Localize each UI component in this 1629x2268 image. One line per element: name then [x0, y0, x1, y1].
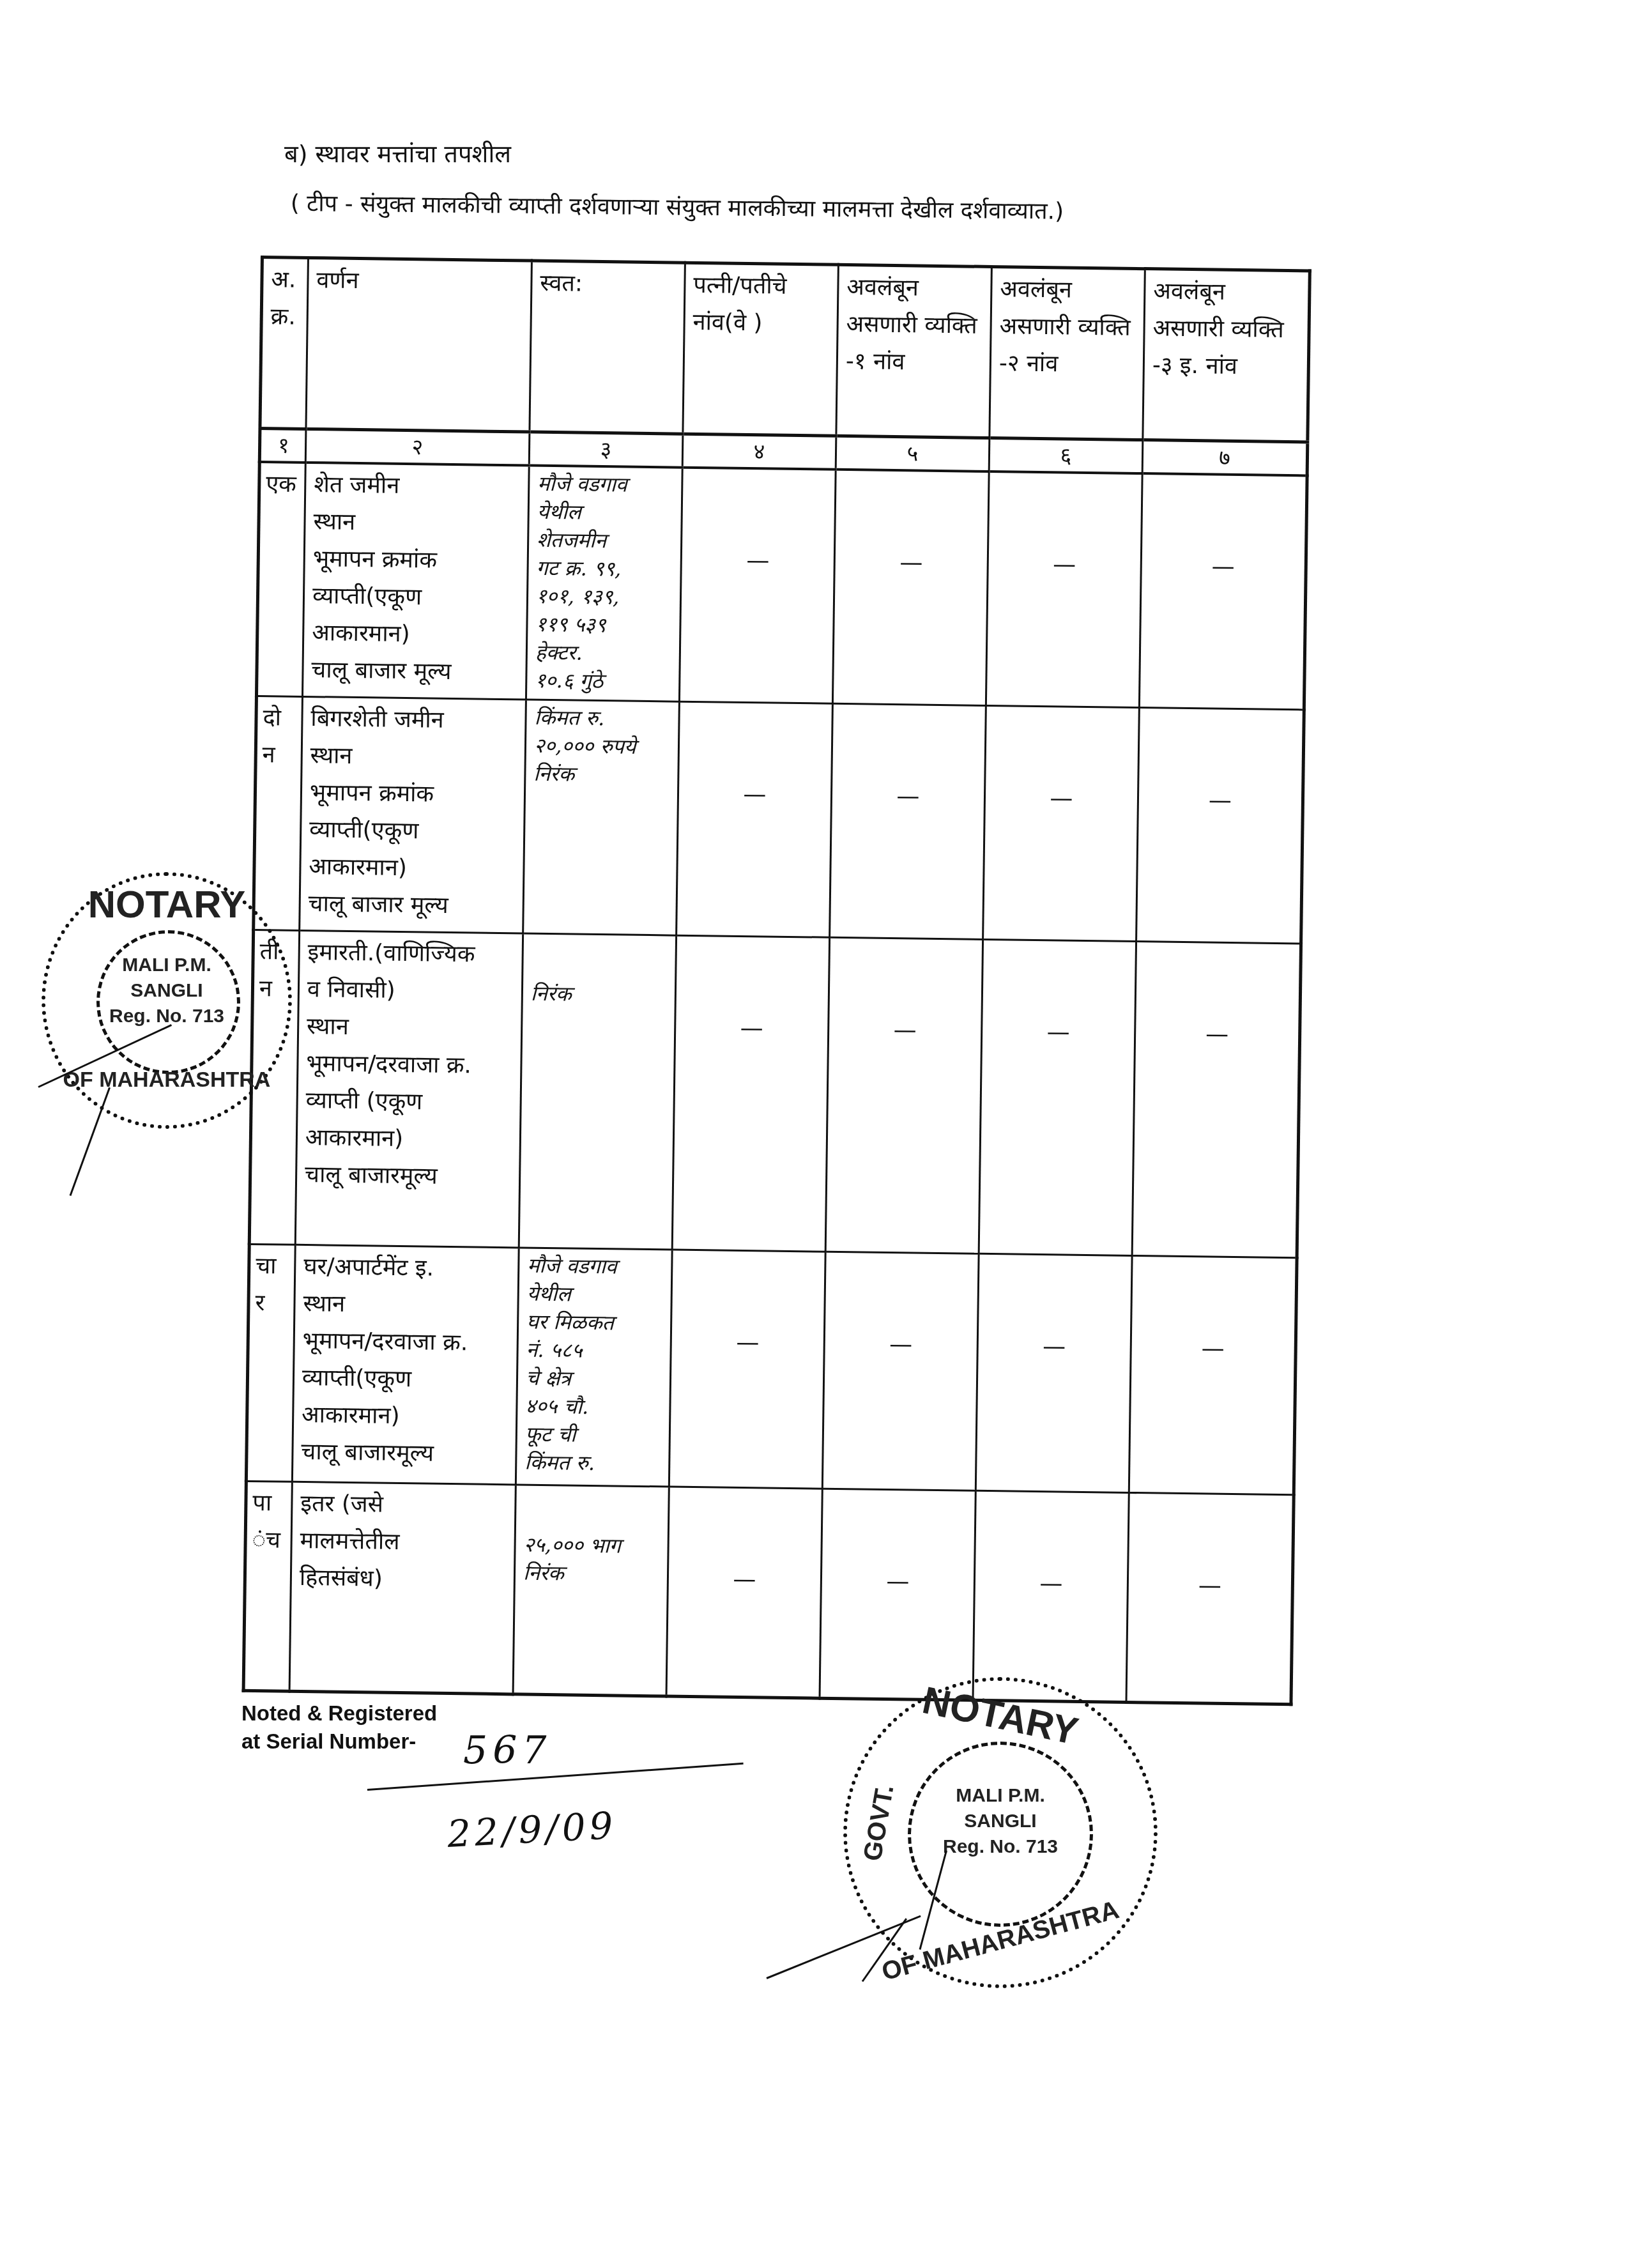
handwritten-line: फूट ची [525, 1420, 662, 1450]
dependent-2-value: — [986, 471, 1142, 708]
dependent-2-value: — [975, 1253, 1132, 1492]
dash-mark: — [837, 1011, 974, 1050]
dash-mark: — [687, 776, 823, 815]
row-description: बिगरशेती जमीनस्थानभूमापन क्रमांकव्याप्ती… [300, 696, 526, 933]
section-heading: ब) स्थावर मत्तांचा तपशील [284, 137, 511, 171]
row-description: इतर (जसेमालमत्तेतीलहितसंबंध) [289, 1482, 516, 1694]
description-line: स्थान [307, 1008, 514, 1048]
description-line: स्थान [310, 737, 517, 777]
handwritten-line: येथील [526, 1280, 663, 1310]
description-line: इमारती.(वाणिज्यिक [307, 934, 514, 974]
description-line: स्थान [313, 503, 520, 543]
immovable-assets-table-wrap: अ. क्र. वर्णन स्वत: पत्नी/पतीचे नांव(वे … [242, 256, 1308, 1706]
column-number: ३ [529, 432, 683, 468]
description-line: चालू बाजारमूल्य [305, 1156, 512, 1196]
handwritten-line: १०.६ गुंठे [535, 666, 671, 696]
spouse-value: — [677, 701, 833, 937]
dependent-3-value: — [1136, 708, 1304, 944]
dependent-3-value: — [1139, 473, 1307, 710]
header-description: वर्णन [306, 257, 532, 432]
description-line: आकारमान) [309, 848, 516, 888]
dash-mark: — [832, 1326, 969, 1365]
dash-mark: — [1147, 781, 1294, 820]
header-dependent-3: अवलंबून असणारी व्यक्ति -३ इ. नांव [1143, 269, 1310, 442]
handwritten-line: गट क्र. ९९, [536, 554, 673, 584]
description-line: व्याप्ती(एकूण [309, 811, 516, 851]
description-line: बिगरशेती जमीन [310, 700, 517, 740]
handwritten-line: चे क्षेत्र [526, 1364, 662, 1394]
description-line: व निवासी) [307, 971, 514, 1011]
registration-line-2: at Serial Number- [241, 1728, 437, 1756]
spouse-value: — [666, 1487, 822, 1698]
stamp-reg: Reg. No. 713 [847, 1834, 1154, 1860]
dash-mark: — [983, 1565, 1120, 1604]
dash-mark: — [843, 544, 979, 583]
self-value-handwritten: निरंक [519, 933, 676, 1250]
dash-mark: — [990, 1013, 1127, 1052]
description-line: आकारमान) [305, 1119, 512, 1159]
table-row: दोनबिगरशेती जमीनस्थानभूमापन क्रमांकव्याप… [254, 696, 1304, 943]
description-line: इतर (जसे [300, 1485, 507, 1525]
handwritten-line: मौजे वडगाव [537, 470, 674, 500]
description-line: भूमापन क्रमांक [312, 540, 519, 580]
description-line: व्याप्ती(एकूण [302, 1360, 509, 1399]
stamp-name: MALI P.M. [45, 953, 288, 978]
stamp-ring-bottom: OF MAHARASHTRA [45, 1068, 288, 1092]
header-row: अ. क्र. वर्णन स्वत: पत्नी/पतीचे नांव(वे … [260, 257, 1310, 442]
description-line: भूमापन/दरवाजा क्र. [302, 1322, 509, 1362]
description-line: आकारमान) [302, 1397, 509, 1436]
spouse-value: — [669, 1250, 825, 1489]
dash-mark: — [1149, 548, 1297, 586]
dash-mark: — [840, 778, 977, 816]
handwritten-line: ११९ ५३९ [535, 610, 672, 640]
header-serial: अ. क्र. [260, 257, 309, 429]
description-line: मालमत्तेतील [300, 1522, 507, 1562]
header-spouse: पत्नी/पतीचे नांव(वे ) [683, 263, 838, 436]
handwritten-line: निरंक [523, 1559, 660, 1589]
stamp-title: NOTARY [45, 882, 288, 926]
description-line: चालू बाजारमूल्य [301, 1434, 508, 1473]
registration-note: Noted & Registered at Serial Number- [241, 1699, 437, 1756]
handwritten-line: ४०५ चौ. [525, 1392, 662, 1422]
column-number: ६ [989, 438, 1143, 473]
signature-stroke [70, 1087, 111, 1196]
dash-mark: — [1143, 1015, 1291, 1054]
column-number: ५ [836, 436, 990, 471]
handwritten-line: येथील [537, 498, 674, 528]
registration-line-1: Noted & Registered [241, 1699, 437, 1728]
handwritten-line: २५,००० भाग [523, 1531, 660, 1561]
notary-stamp-left: NOTARY MALI P.M. SANGLI Reg. No. 713 OF … [42, 872, 292, 1129]
dash-mark: — [830, 1563, 967, 1602]
table-row: पांचइतर (जसेमालमत्तेतीलहितसंबंध)२५,००० भ… [243, 1481, 1294, 1704]
header-self: स्वत: [530, 261, 685, 434]
handwritten-line: मौजे वडगाव [527, 1252, 664, 1282]
row-description: घर/अपार्टमेंट इ.स्थानभूमापन/दरवाजा क्र.व… [292, 1245, 519, 1485]
handwritten-line: शेतजमीन [537, 526, 673, 556]
description-line: चालू बाजार मूल्य [308, 885, 515, 925]
description-line: स्थान [303, 1285, 510, 1325]
column-number: २ [305, 429, 530, 465]
dash-mark: — [986, 1328, 1122, 1367]
dash-mark: — [689, 542, 826, 581]
dash-mark: — [684, 1009, 820, 1048]
description-line: भूमापन/दरवाजा क्र. [306, 1045, 513, 1085]
dash-mark: — [677, 1561, 813, 1600]
description-line: भूमापन क्रमांक [310, 774, 517, 814]
dash-mark: — [1139, 1329, 1287, 1368]
dependent-1-value: — [832, 470, 989, 706]
self-value-handwritten: किंमत रु.२०,००० रुपयेनिरंक [523, 700, 680, 935]
stamp-place: SANGLI [45, 978, 288, 1004]
description-line: घर/अपार्टमेंट इ. [303, 1248, 510, 1288]
dash-mark: — [1136, 1567, 1283, 1605]
handwritten-line: नं. ५८५ [526, 1336, 662, 1366]
handwritten-line: हेक्टर. [535, 638, 672, 668]
dependent-1-value: — [830, 703, 986, 939]
row-serial: एक [256, 462, 305, 696]
column-number: ७ [1142, 440, 1308, 476]
section-note: ( टीप - संयुक्त मालकीची व्याप्ती दर्शवणा… [290, 188, 1064, 227]
column-number: ४ [682, 434, 836, 470]
header-dependent-1: अवलंबून असणारी व्यक्ति -१ नांव [836, 264, 991, 438]
description-line: हितसंबंध) [300, 1559, 507, 1599]
dependent-2-value: — [983, 705, 1140, 941]
column-number: १ [259, 429, 306, 463]
description-line: चालू बाजार मूल्य [311, 652, 518, 691]
dependent-2-value: — [973, 1490, 1129, 1702]
row-serial: चार [246, 1244, 295, 1482]
table-row: एकशेत जमीनस्थानभूमापन क्रमांकव्याप्ती(एक… [256, 462, 1307, 710]
dependent-1-value: — [820, 1489, 975, 1700]
self-value-handwritten: मौजे वडगावयेथीलघर मिळकतनं. ५८५चे क्षेत्र… [516, 1248, 672, 1487]
handwritten-line: निरंक [533, 760, 670, 790]
self-value-handwritten: २५,००० भागनिरंक [513, 1485, 669, 1696]
dependent-1-value: — [822, 1252, 979, 1490]
header-dependent-2: अवलंबून असणारी व्यक्ति -२ नांव [990, 266, 1145, 440]
description-line: व्याप्ती(एकूण [312, 578, 519, 617]
underline-divider [367, 1763, 744, 1791]
immovable-assets-table: अ. क्र. वर्णन स्वत: पत्नी/पतीचे नांव(वे … [242, 256, 1312, 1706]
spouse-value: — [679, 468, 836, 704]
handwritten-line: किंमत रु. [524, 1448, 661, 1478]
dependent-1-value: — [825, 937, 983, 1253]
description-line: व्याप्ती (एकूण [305, 1082, 512, 1122]
handwritten-line: २०,००० रुपये [534, 732, 671, 762]
handwritten-serial-number: 567 [463, 1728, 552, 1773]
spouse-value: — [672, 935, 829, 1252]
row-serial: पांच [243, 1481, 292, 1691]
dash-mark: — [993, 779, 1130, 818]
table-row: चारघर/अपार्टमेंट इ.स्थानभूमापन/दरवाजा क्… [246, 1244, 1297, 1494]
description-line: आकारमान) [312, 615, 519, 654]
handwritten-line: किंमत रु. [534, 703, 671, 733]
handwritten-date: 22/9/09 [446, 1804, 618, 1856]
dependent-2-value: — [979, 939, 1136, 1255]
dependent-3-value: — [1132, 942, 1301, 1258]
dash-mark: — [996, 546, 1133, 585]
row-description: इमारती.(वाणिज्यिकव निवासी)स्थानभूमापन/दर… [295, 930, 523, 1248]
handwritten-line: निरंक [531, 979, 668, 1009]
description-line: शेत जमीन [314, 466, 521, 506]
dependent-3-value: — [1129, 1255, 1297, 1494]
handwritten-line: १०१, १३९, [536, 582, 673, 612]
dash-mark: — [679, 1324, 816, 1363]
dependent-3-value: — [1126, 1492, 1294, 1704]
table-row: तीनइमारती.(वाणिज्यिकव निवासी)स्थानभूमापन… [249, 930, 1301, 1257]
row-description: शेत जमीनस्थानभूमापन क्रमांकव्याप्ती(एकूण… [302, 463, 529, 700]
self-value-handwritten: मौजे वडगावयेथीलशेतजमीनगट क्र. ९९,१०१, १३… [526, 466, 682, 702]
handwritten-line: घर मिळकत [526, 1308, 663, 1338]
